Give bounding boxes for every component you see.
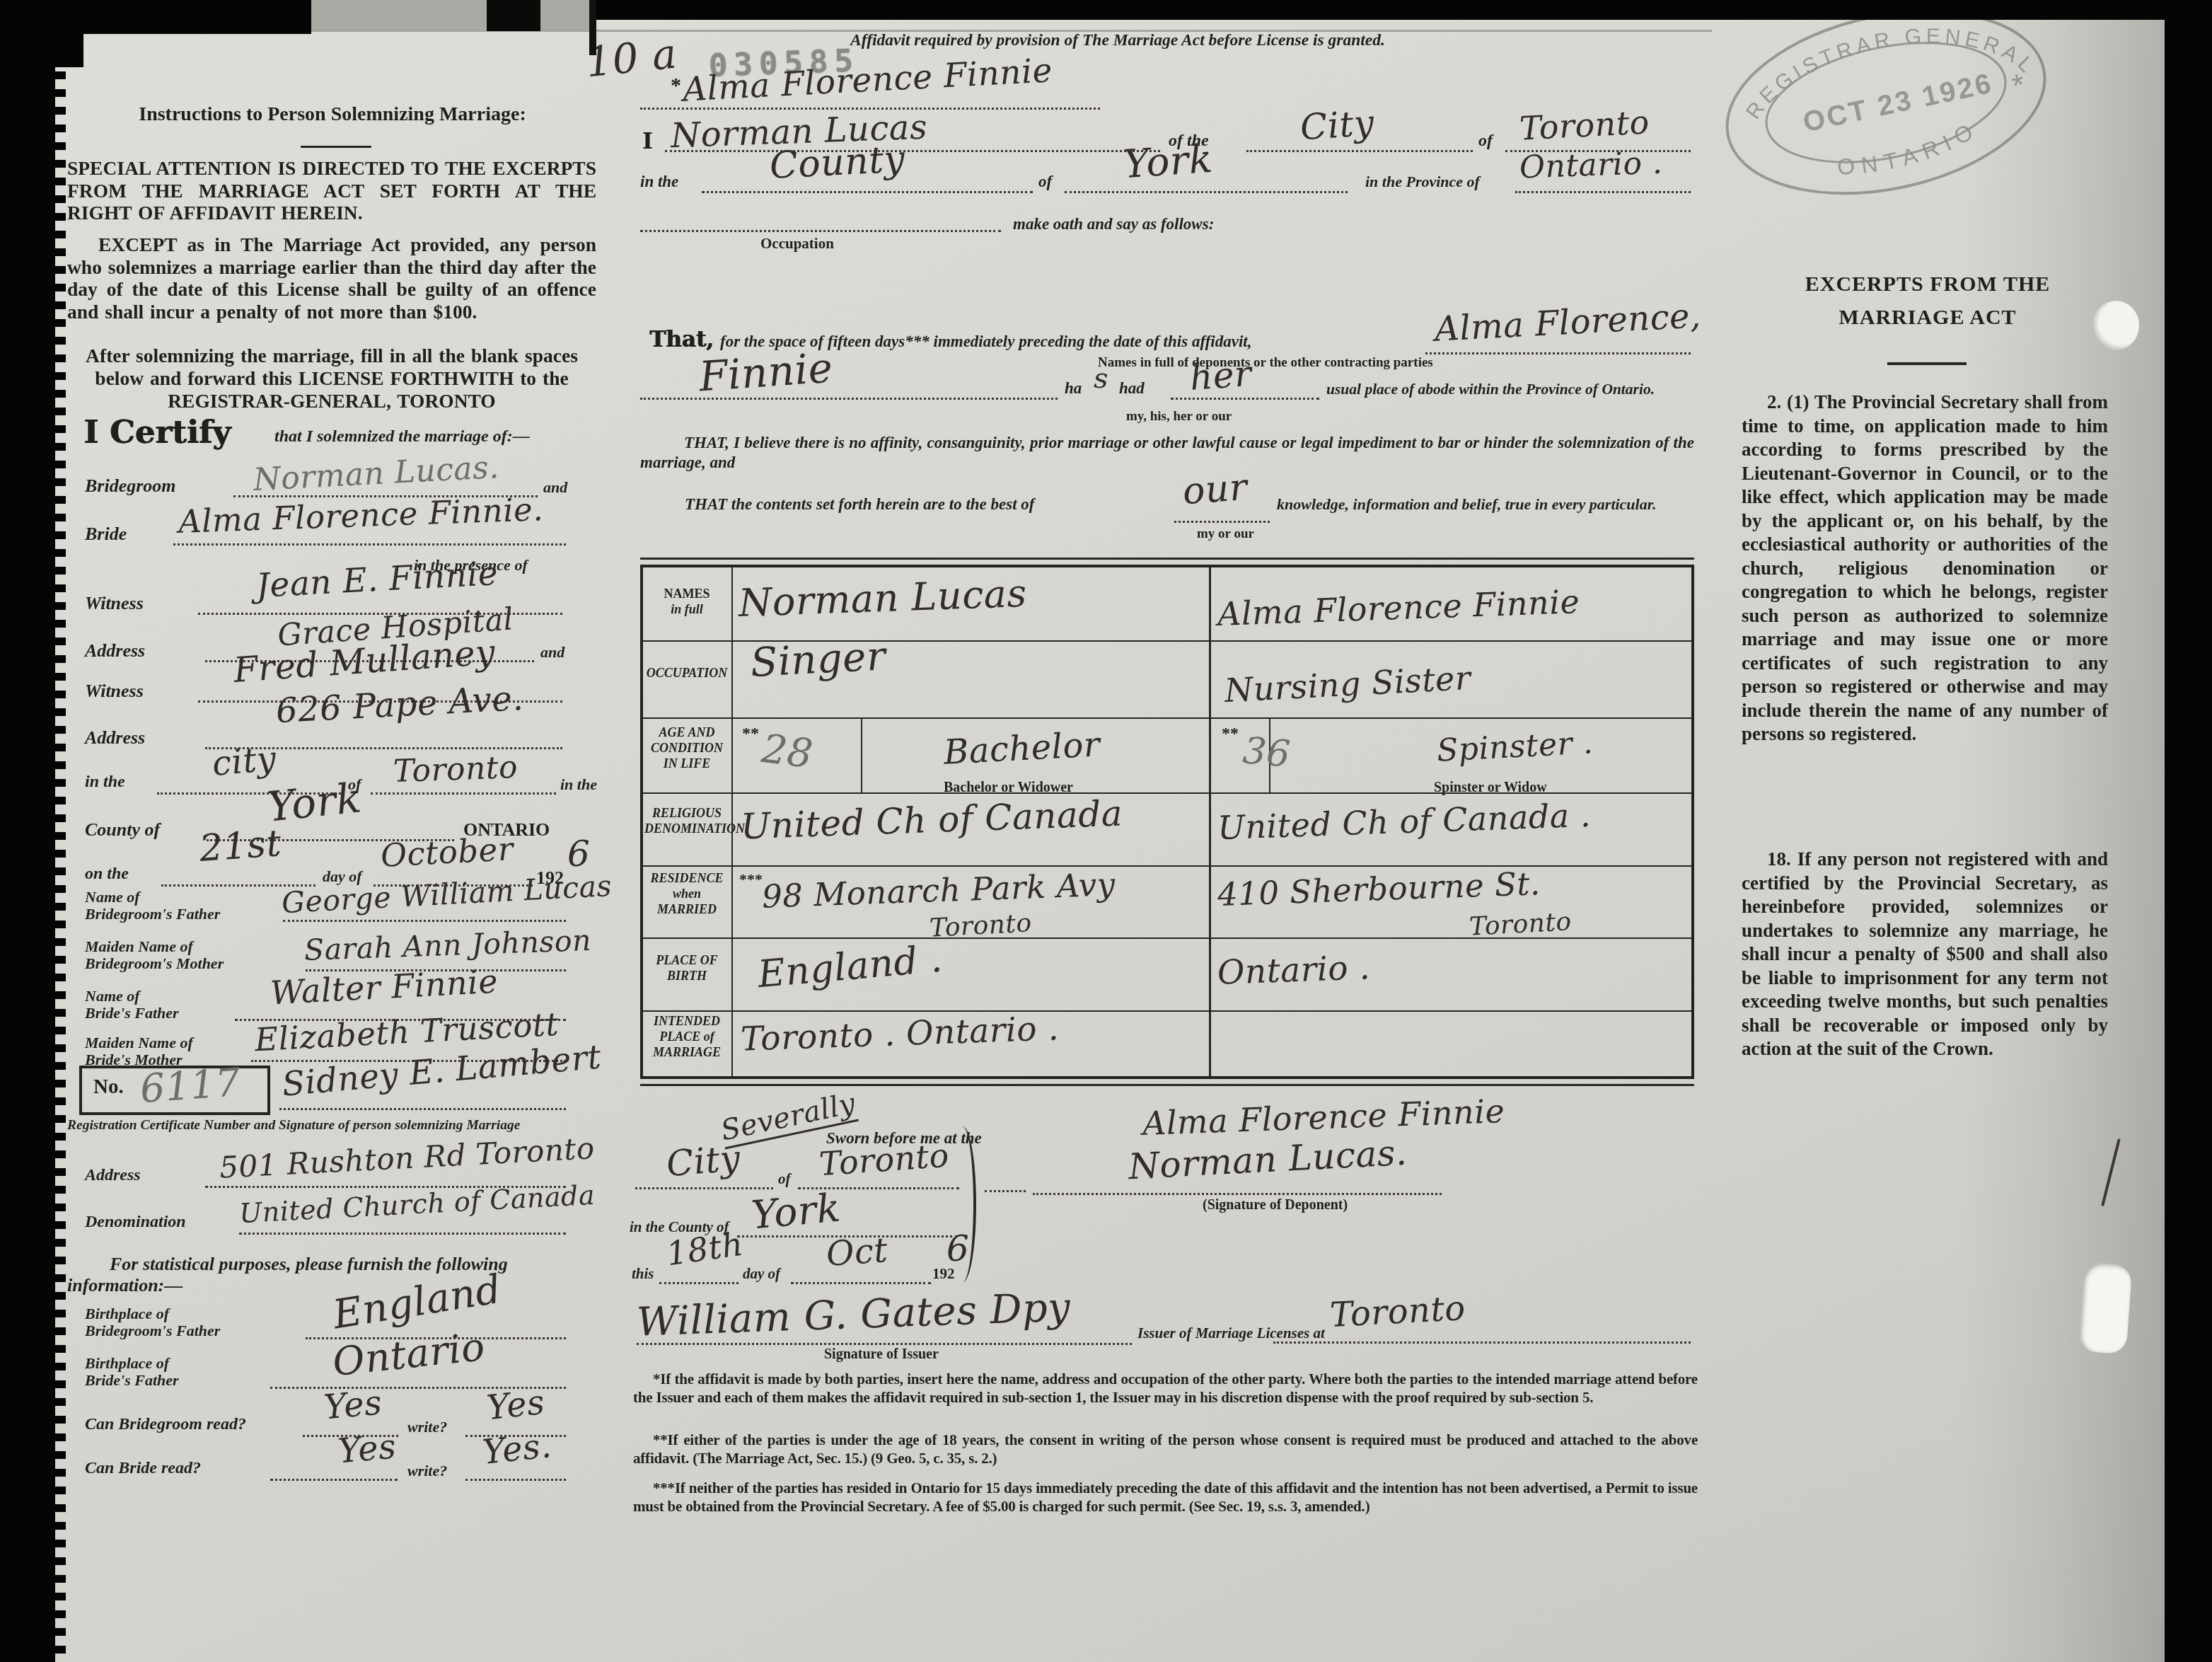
- occupation-blank-dotted-line: [640, 230, 1001, 232]
- names-dotted-line-1: [1425, 352, 1691, 354]
- our-handwritten: our: [1181, 466, 1249, 513]
- district-type-dotted-line: [702, 191, 1033, 193]
- ha-label: ha: [1065, 379, 1082, 398]
- deponent-signature-caption: (Signature of Deponent): [1203, 1197, 1348, 1213]
- bride-condition-cell: Spinster .: [1436, 725, 1594, 768]
- no-label: No.: [93, 1075, 124, 1099]
- toronto-handwritten: Toronto: [393, 749, 519, 790]
- bride-label: Bride: [85, 524, 127, 545]
- groom-age-mark: **: [742, 725, 759, 744]
- issuer-signature-dotted-line: [637, 1343, 1132, 1345]
- sworn-month-handwritten: Oct: [825, 1230, 889, 1274]
- other-party-asterisk: *: [671, 74, 681, 98]
- our-dotted-line: [1174, 521, 1270, 523]
- instructions-registrar-line: REGISTRAR-GENERAL, TORONTO: [67, 390, 596, 412]
- title-rule: [301, 146, 371, 148]
- table-label-religion: RELIGIOUS DENOMINATION: [644, 805, 729, 836]
- bride-read-dotted-line: [270, 1479, 398, 1481]
- sworn-month-dotted-line: [791, 1282, 931, 1284]
- occupation-caption: Occupation: [760, 235, 834, 253]
- i-certify-rest: that I solemnized the marriage of:—: [274, 427, 530, 446]
- sworn-day-dotted-line: [659, 1282, 739, 1284]
- sworn-of-label: of: [778, 1170, 791, 1188]
- groom-father-label: Name of Bridegroom's Father: [85, 889, 297, 923]
- sworn-city-handwritten: City: [665, 1138, 742, 1185]
- groom-condition-caption: Bachelor or Widower: [944, 780, 1073, 796]
- scanned-marriage-license-document: REGISTRAR GENERAL OCT 23 1926 ONTARIO * …: [0, 0, 2212, 1662]
- names-handwritten-2: Finnie: [697, 343, 835, 400]
- sworn-this-label: this: [632, 1265, 654, 1283]
- bride-read-handwritten: Yes: [337, 1427, 398, 1472]
- excerpts-section-2: 2. (1) The Provincial Secretary shall fr…: [1742, 391, 2108, 746]
- instructions-para-2: EXCEPT as in The Marriage Act provided, …: [67, 233, 596, 323]
- month-handwritten: October: [380, 830, 514, 875]
- excerpts-section-18: 18. If any person not registered with an…: [1742, 848, 2108, 1061]
- bride-father-label: Name of Bride's Father: [85, 988, 297, 1022]
- had-label: had: [1119, 379, 1145, 398]
- bride-birthplace-cell: Ontario .: [1217, 948, 1371, 993]
- place-type-handwritten: City: [1299, 102, 1375, 148]
- intended-place-cell: Toronto . Ontario .: [740, 1009, 1060, 1059]
- table-label-names: NAMES in full: [644, 586, 729, 617]
- excerpts-title-rule: [1887, 362, 1967, 365]
- groom-birthplace-cell: England .: [756, 937, 944, 997]
- i-certify-heading: I Certify: [83, 413, 231, 451]
- bride-residence-cell: 410 Sherbourne St.: [1217, 865, 1541, 913]
- bp-bride-father-label-line2: Bride's Father: [85, 1372, 297, 1389]
- of2-label: of: [1038, 173, 1052, 191]
- excerpts-title-line1: EXCERPTS FROM THE: [1754, 272, 2101, 296]
- pronoun-caption: my, his, her or our: [1126, 409, 1232, 425]
- table-label-age: AGE AND CONDITION IN LIFE: [644, 725, 729, 771]
- paper-deckle-edge: [54, 18, 66, 1662]
- write1-label: write?: [407, 1418, 447, 1436]
- sworn-county-handwritten: York: [749, 1185, 842, 1238]
- affidavit-required-note: Affidavit required by provision of The M…: [750, 31, 1486, 50]
- district-type-handwritten: County: [769, 138, 906, 187]
- bride-dotted-line: [173, 543, 566, 546]
- bp-groom-father-label-line2: Bridegroom's Father: [85, 1322, 297, 1339]
- bp-bride-father-label-line1: Birthplace of: [85, 1355, 297, 1372]
- county-of-label: County of: [85, 819, 160, 841]
- write2-label: write?: [407, 1462, 447, 1480]
- groom-mother-label: Maiden Name of Bridegroom's Mother: [85, 938, 311, 972]
- issuer-signature-caption: Signature of Issuer: [824, 1346, 939, 1363]
- table-age-subline-groom: [861, 717, 862, 792]
- groom-religion-cell: United Ch of Canada: [740, 793, 1123, 848]
- slot-hole: [2078, 1262, 2133, 1354]
- city-handwritten: city: [211, 739, 278, 784]
- table-vline-middle: [1209, 567, 1211, 1076]
- groom-residence-mark: ***: [739, 870, 763, 889]
- and-label-1: and: [543, 478, 567, 497]
- sworn-city-dotted-line: [635, 1187, 773, 1189]
- names-label-sub: in full: [644, 601, 729, 617]
- deponent-signature-dotted-line: [1033, 1193, 1442, 1195]
- table-outer-top-rule: [640, 558, 1694, 560]
- groom-write-handwritten: Yes: [485, 1383, 546, 1428]
- oath-label: make oath and say as follows:: [1013, 215, 1214, 233]
- instructions-para-1: SPECIAL ATTENTION IS DIRECTED TO THE EXC…: [67, 157, 596, 224]
- that3-post: knowledge, information and belief, true …: [1277, 495, 1657, 514]
- year-handwritten: 6: [567, 833, 590, 875]
- groom-residence-cell: 98 Monarch Park Avy: [761, 865, 1116, 915]
- footnote-1: *If the affidavit is made by both partie…: [633, 1370, 1698, 1407]
- table-label-intended: INTENDED PLACE of MARRIAGE: [644, 1013, 729, 1060]
- excerpts-title-line2: MARRIAGE ACT: [1754, 306, 2101, 330]
- province-dotted-line: [1515, 191, 1691, 193]
- district-name-dotted-line: [1065, 191, 1348, 193]
- that-word: That,: [649, 327, 714, 352]
- in-the-label-affidavit: in the: [640, 173, 678, 191]
- adjacent-sheet-edge: [301, 0, 591, 30]
- solemnizer-signature-dotted-line: [279, 1108, 566, 1110]
- address1-label: Address: [85, 640, 145, 662]
- bp-groom-father-label: Birthplace of Bridegroom's Father: [85, 1305, 297, 1339]
- groom-residence-city-cell: Toronto: [929, 908, 1033, 943]
- bride-residence-city-cell: Toronto: [1469, 907, 1573, 942]
- district-name-handwritten: York: [1122, 136, 1214, 187]
- table-hline-6: [643, 1010, 1691, 1012]
- right-black-margin: [2165, 0, 2212, 1662]
- bride-name-cell: Alma Florence Finnie: [1217, 582, 1580, 633]
- groom-mother-label-line2: Bridegroom's Mother: [85, 955, 311, 972]
- bp-groom-father-label-line1: Birthplace of: [85, 1305, 297, 1322]
- parties-table: NAMES in full OCCUPATION AGE AND CONDITI…: [640, 565, 1694, 1079]
- table-label-residence: RESIDENCE when MARRIED: [644, 870, 729, 917]
- abode-label: usual place of abode within the Province…: [1326, 381, 1655, 398]
- that2-paragraph: THAT, I believe there is no affinity, co…: [640, 433, 1694, 473]
- address3-label: Address: [85, 1166, 141, 1185]
- punch-hole: [2092, 301, 2139, 350]
- names-caption: Names in full of deponents or the other …: [1098, 355, 1433, 371]
- deponent-dotted-line: [665, 150, 1160, 152]
- place-type-dotted-line: [1246, 150, 1473, 152]
- bride-write-handwritten: Yes.: [480, 1426, 553, 1472]
- denomination-label: Denomination: [85, 1213, 186, 1232]
- can-groom-read-label: Can Bridegroom read?: [85, 1415, 246, 1434]
- bp-bride-father-label: Birthplace of Bride's Father: [85, 1355, 297, 1389]
- bride-father-label-line1: Name of: [85, 988, 297, 1005]
- statistical-note: For statistical purposes, please furnish…: [67, 1254, 596, 1296]
- sworn-brace-dotted-line: [985, 1190, 1026, 1192]
- groom-condition-cell: Bachelor: [943, 725, 1101, 773]
- instructions-para-3: After solemnizing the marriage, fill in …: [67, 345, 596, 389]
- s-handwritten: s: [1094, 362, 1108, 395]
- province-label: in the Province of: [1365, 173, 1480, 191]
- table-outer-bottom-rule: [640, 1084, 1694, 1086]
- deponent-i-label: I: [642, 127, 653, 154]
- bride-age-mark: **: [1222, 725, 1239, 744]
- bride-condition-caption: Spinster or Widow: [1434, 780, 1547, 796]
- footnote-2: **If either of the parties is under the …: [633, 1431, 1698, 1467]
- footnote-3: ***If neither of the parties has resided…: [633, 1479, 1698, 1516]
- denomination-dotted-line: [239, 1233, 566, 1235]
- groom-name-cell: Norman Lucas: [738, 571, 1028, 625]
- groom-mother-label-line1: Maiden Name of: [85, 938, 311, 955]
- groom-read-handwritten: Yes: [323, 1383, 384, 1428]
- bride-religion-cell: United Ch of Canada .: [1217, 796, 1592, 847]
- province-handwritten: Ontario .: [1519, 144, 1663, 185]
- table-hline-2: [643, 717, 1691, 719]
- groom-father-label-line1: Name of: [85, 889, 297, 906]
- bridegroom-label: Bridegroom: [85, 475, 176, 497]
- that3-pre: THAT the contents set forth herein are t…: [685, 495, 1035, 514]
- groom-occupation-cell: Singer: [749, 633, 886, 686]
- groom-age-cell: 28: [759, 726, 816, 778]
- handwritten-serial: 10 a: [584, 29, 679, 86]
- of-label-affidavit: of: [1478, 132, 1493, 151]
- bride-age-cell: 36: [1241, 729, 1292, 776]
- toronto-dotted-line: [371, 792, 556, 795]
- instructions-title: Instructions to Person Solemnizing Marri…: [74, 103, 591, 126]
- issuer-of-licenses-label: Issuer of Marriage Licenses at: [1137, 1325, 1325, 1342]
- issuer-place-handwritten: Toronto: [1329, 1288, 1466, 1335]
- on-the-label: on the: [85, 865, 129, 884]
- bride-write-dotted-line: [465, 1479, 566, 1481]
- left-black-margin: [0, 0, 55, 1662]
- names-label-caps: NAMES: [644, 586, 729, 601]
- top-left-corner-shadow-tall: [0, 0, 83, 67]
- registration-number-handwritten: 6117: [139, 1059, 242, 1112]
- can-bride-read-label: Can Bride read?: [85, 1459, 201, 1478]
- in-the-label: in the: [85, 773, 125, 792]
- in-the-label-2: in the: [560, 775, 597, 794]
- my-or-our-caption: my or our: [1197, 526, 1254, 542]
- table-label-occupation: OCCUPATION: [644, 665, 729, 681]
- witness2-label: Witness: [85, 681, 144, 702]
- groom-father-dotted-line: [283, 920, 566, 922]
- place-name-handwritten: Toronto: [1519, 103, 1650, 148]
- registrar-general-date-stamp: REGISTRAR GENERAL OCT 23 1926 ONTARIO *: [1701, 0, 2069, 212]
- address2-label: Address: [85, 727, 145, 749]
- issuer-place-dotted-line: [1273, 1341, 1691, 1344]
- and-label-2: and: [540, 643, 564, 662]
- witness1-label: Witness: [85, 593, 144, 614]
- bride-occupation-cell: Nursing Sister: [1224, 659, 1472, 710]
- pronoun-handwritten: her: [1188, 353, 1253, 398]
- top-center-blot: [487, 0, 540, 31]
- day-handwritten: 21st: [198, 822, 283, 870]
- groom-father-label-line2: Bridegroom's Father: [85, 906, 297, 923]
- top-tab-mark: [589, 0, 596, 55]
- sworn-day-of-label: day of: [743, 1265, 780, 1283]
- registration-caption: Registration Certificate Number and Sign…: [67, 1118, 605, 1133]
- table-label-birth: PLACE OF BIRTH: [644, 952, 729, 983]
